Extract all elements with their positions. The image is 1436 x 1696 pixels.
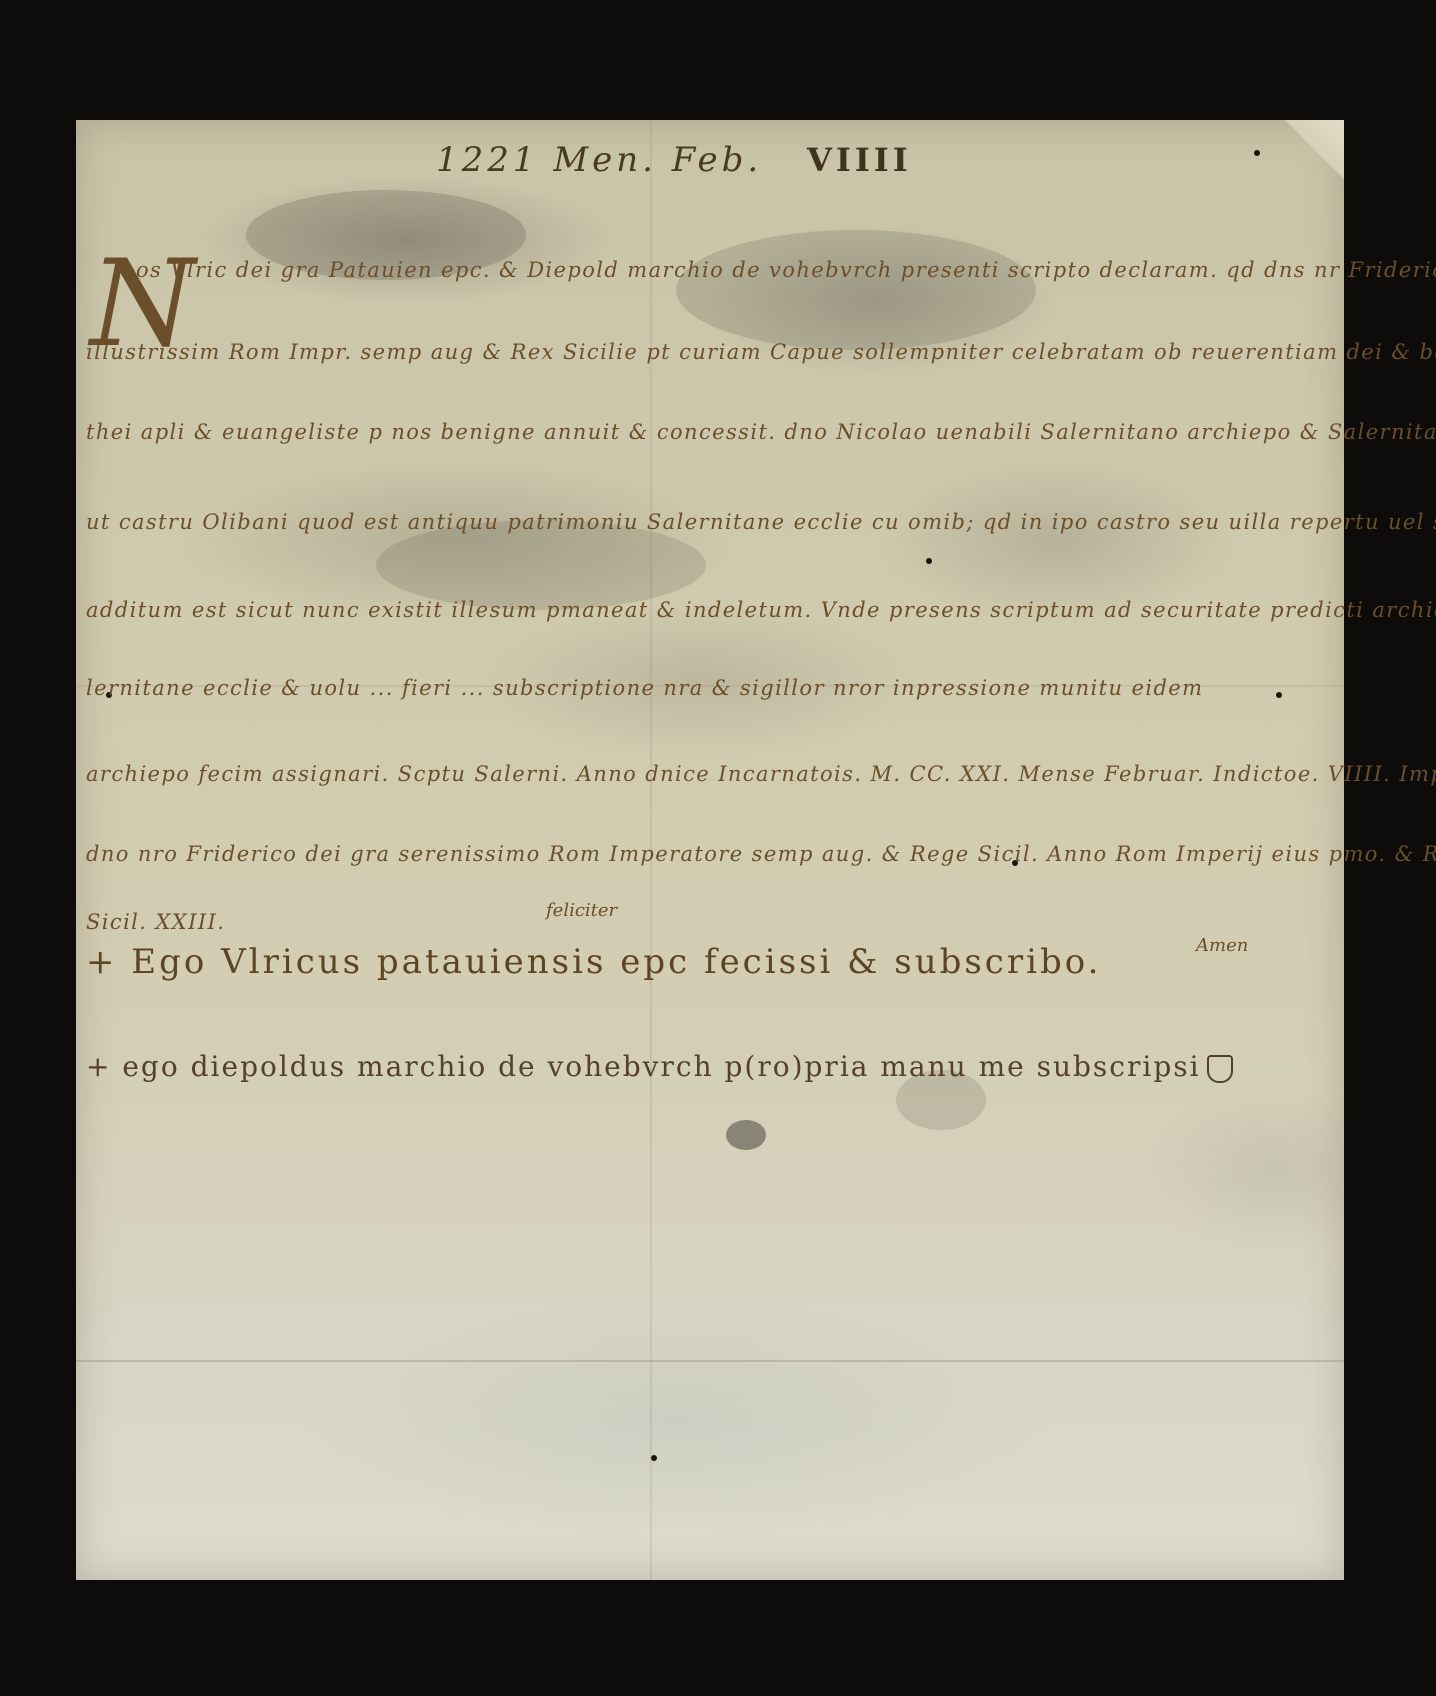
stain (676, 230, 1036, 350)
parchment-charter: 1221 Men. Feb. VIIII N os Vlric dei gra … (76, 120, 1344, 1580)
archival-heading: 1221 Men. Feb. VIIII (436, 140, 912, 180)
text-line-2: illustrissim Rom Impr. semp aug & Rex Si… (86, 340, 1436, 364)
heading-date: 1221 Men. Feb. (436, 140, 762, 180)
feliciter-note: feliciter (546, 900, 617, 921)
subscription-margrave: + ego diepoldus marchio de vohebvrch p(r… (86, 1050, 1233, 1083)
pin-hole (1276, 692, 1282, 698)
seal-mark-icon (1207, 1055, 1233, 1083)
text-line-4: ut castru Olibani quod est antiquu patri… (86, 510, 1436, 534)
pin-hole (926, 558, 932, 564)
stain (726, 1120, 766, 1150)
pin-hole (651, 1455, 657, 1461)
text-line-5: additum est sicut nunc existit illesum p… (86, 598, 1436, 622)
amen-note: Amen (1196, 935, 1248, 956)
text-line-9: Sicil. XXIII. (86, 910, 225, 934)
pin-hole (1254, 150, 1260, 156)
text-line-6: lernitane ecclie & uolu ... fieri ... su… (86, 676, 1203, 700)
heading-number: VIIII (807, 141, 912, 179)
text-line-3: thei apli & euangeliste p nos benigne an… (86, 420, 1436, 444)
horizontal-fold-line (76, 1360, 1344, 1362)
subscription-bishop: + Ego Vlricus patauiensis epc fecissi & … (86, 942, 1101, 982)
text-line-8: dno nro Friderico dei gra serenissimo Ro… (86, 842, 1436, 866)
subscription-margrave-text: + ego diepoldus marchio de vohebvrch p(r… (86, 1050, 1201, 1083)
text-line-1: os Vlric dei gra Patauien epc. & Diepold… (136, 258, 1436, 282)
folded-corner (1284, 120, 1344, 190)
text-line-7: archiepo fecim assignari. Scptu Salerni.… (86, 762, 1436, 786)
